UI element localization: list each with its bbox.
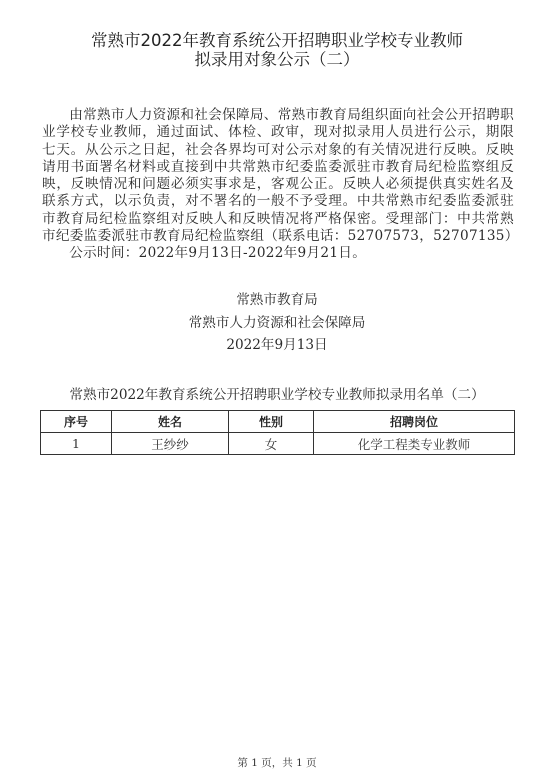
signature-org-hr-bureau: 常熟市人力资源和社会保障局: [0, 312, 554, 335]
signature-date: 2022年9月13日: [0, 334, 554, 357]
signature-org-education-bureau: 常熟市教育局: [0, 289, 554, 312]
table-header-row: 序号 姓名 性别 招聘岗位: [41, 411, 515, 433]
hire-list-table: 序号 姓名 性别 招聘岗位 1 王纱纱 女 化学工程类专业教师: [40, 410, 515, 455]
header-index: 序号: [41, 411, 112, 433]
signature-block: 常熟市教育局 常熟市人力资源和社会保障局 2022年9月13日: [0, 289, 554, 357]
cell-index: 1: [41, 433, 112, 455]
notice-period-paragraph: 公示时间：2022年9月13日-2022年9月21日。: [42, 245, 514, 262]
header-name: 姓名: [112, 411, 229, 433]
cell-gender: 女: [229, 433, 314, 455]
cell-position: 化学工程类专业教师: [314, 433, 515, 455]
title-line-2: 拟录用对象公示（二）: [0, 50, 554, 69]
title-line-1: 常熟市2022年教育系统公开招聘职业学校专业教师: [0, 31, 554, 50]
table-caption: 常熟市2022年教育系统公开招聘职业学校专业教师拟录用名单（二）: [0, 386, 554, 404]
cell-name: 王纱纱: [112, 433, 229, 455]
header-position: 招聘岗位: [314, 411, 515, 433]
page-footer: 第 1 页，共 1 页: [0, 755, 554, 770]
table-row: 1 王纱纱 女 化学工程类专业教师: [41, 433, 515, 455]
notice-paragraph: 由常熟市人力资源和社会保障局、常熟市教育局组织面向社会公开招聘职业学校专业教师，…: [42, 107, 514, 245]
notice-body: 由常熟市人力资源和社会保障局、常熟市教育局组织面向社会公开招聘职业学校专业教师，…: [42, 107, 514, 263]
document-title: 常熟市2022年教育系统公开招聘职业学校专业教师 拟录用对象公示（二）: [0, 31, 554, 69]
header-gender: 性别: [229, 411, 314, 433]
